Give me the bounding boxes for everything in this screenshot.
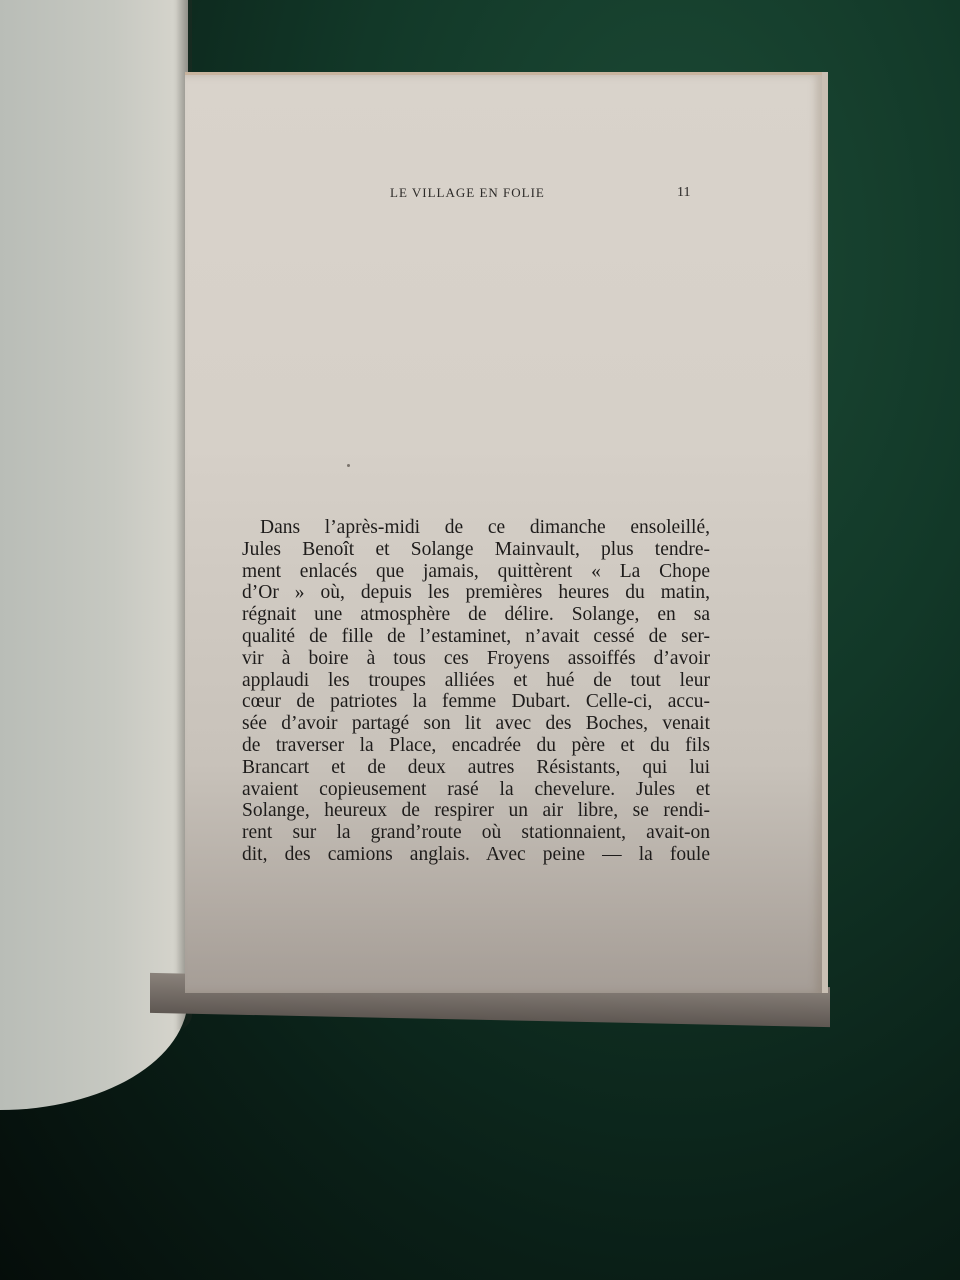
text-line: Brancart et de deux autres Résistants, q…	[242, 757, 710, 779]
text-line: Dans l’après-midi de ce dimanche ensolei…	[242, 517, 710, 539]
text-line: avaient copieusement rasé la chevelure. …	[242, 779, 710, 801]
running-head: LE VILLAGE EN FOLIE	[390, 185, 690, 201]
text-line: rent sur la grand’route où stationnaient…	[242, 822, 710, 844]
text-line: d’Or » où, depuis les premières heures d…	[242, 582, 710, 604]
text-line: cœur de patriotes la femme Dubart. Celle…	[242, 691, 710, 713]
text-line: applaudi les troupes alliées et hué de t…	[242, 670, 710, 692]
text-line: ment enlacés que jamais, quittèrent « La…	[242, 561, 710, 583]
left-page	[0, 0, 188, 1110]
text-line: vir à boire à tous ces Froyens assoiffés…	[242, 648, 710, 670]
paper-speck	[347, 464, 350, 467]
body-text: Dans l’après-midi de ce dimanche ensolei…	[242, 517, 710, 866]
text-line: de traverser la Place, encadrée du père …	[242, 735, 710, 757]
text-line: dit, des camions anglais. Avec peine — l…	[242, 844, 710, 866]
text-line: Solange, heureux de respirer un air libr…	[242, 800, 710, 822]
text-line: Jules Benoît et Solange Mainvault, plus …	[242, 539, 710, 561]
right-page: LE VILLAGE EN FOLIE 11 Dans l’après-midi…	[185, 72, 822, 993]
page-number: 11	[677, 185, 690, 201]
text-line: qualité de fille de l’estaminet, n’avait…	[242, 626, 710, 648]
text-line: sée d’avoir partagé son lit avec des Boc…	[242, 713, 710, 735]
text-line: régnait une atmosphère de délire. Solang…	[242, 604, 710, 626]
